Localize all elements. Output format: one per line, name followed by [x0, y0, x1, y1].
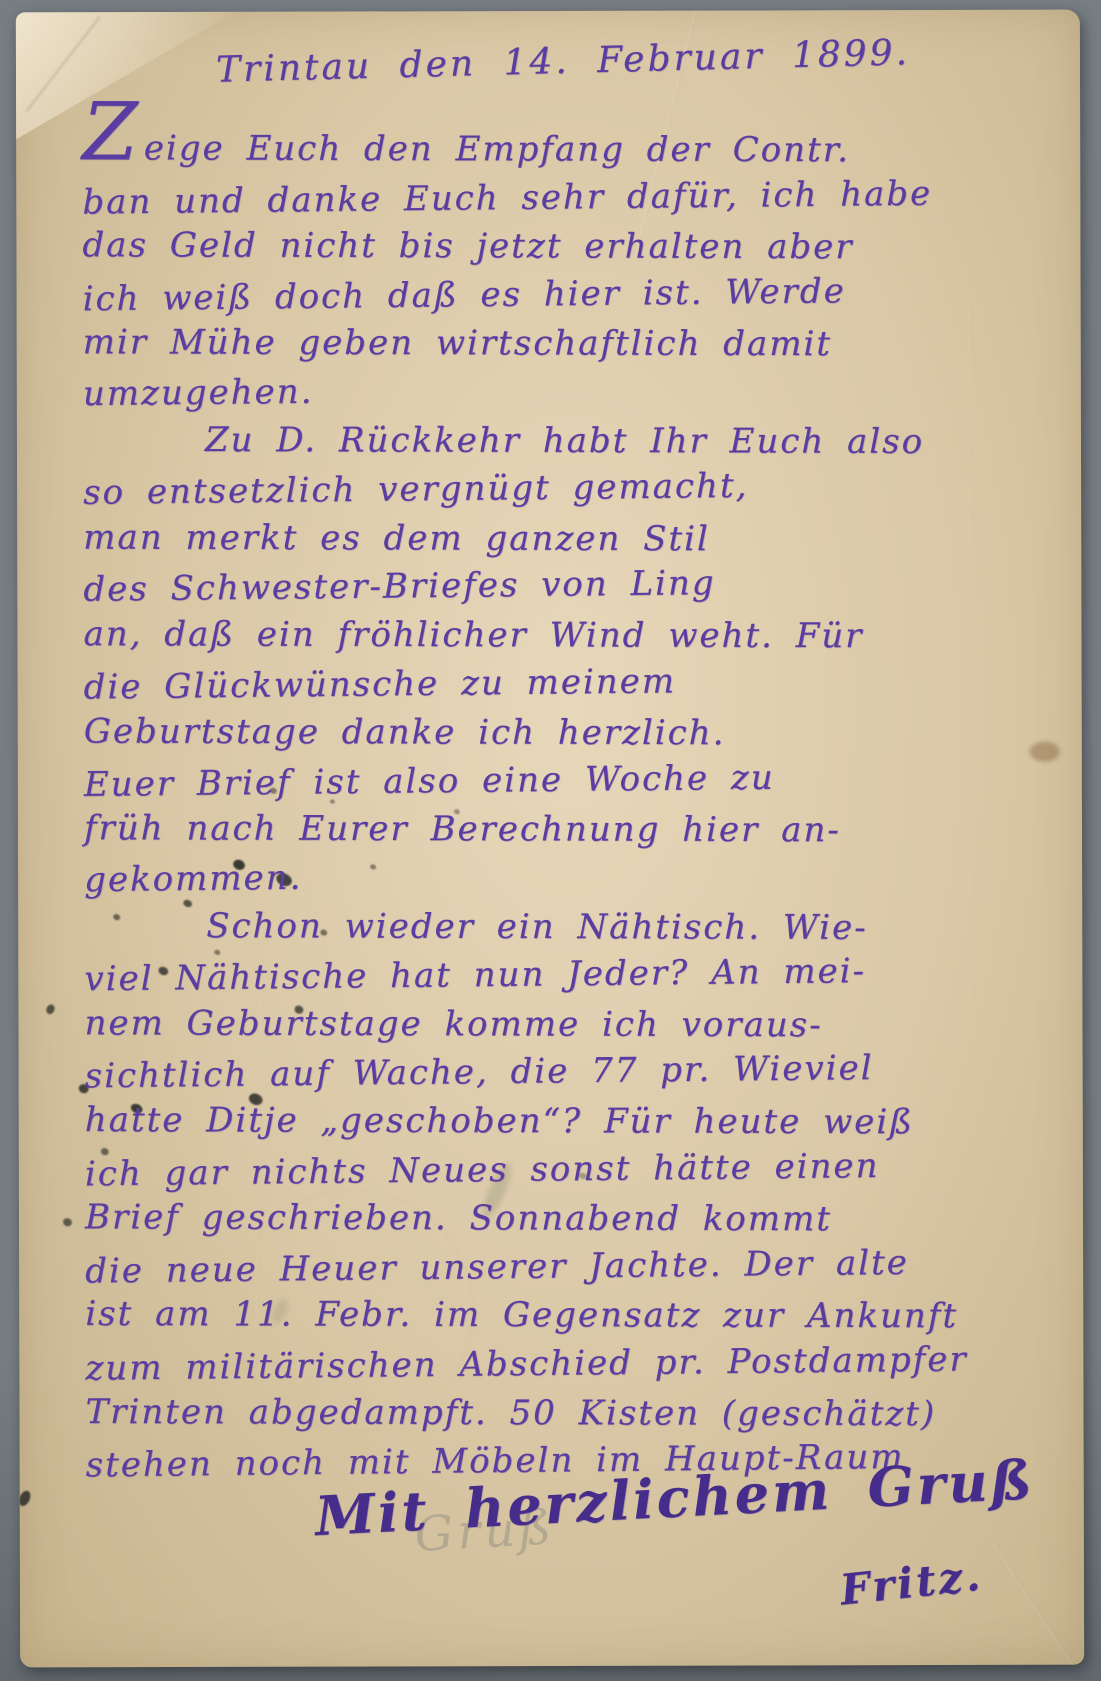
handwriting-line: umzugehen.: [83, 372, 314, 414]
ink-smudge: [62, 1217, 73, 1228]
scan-backdrop: Trintau den 14. Februar 1899. Zeige Euch…: [0, 0, 1101, 1681]
ink-smudge: [214, 949, 222, 956]
signature: Fritz.: [838, 1551, 985, 1615]
handwriting-line: ich weiß doch daß es hier ist. Werde: [82, 271, 846, 319]
handwriting-line: zum militärischen Abschied pr. Postdampf…: [85, 1339, 968, 1388]
handwriting-line: die Glückwünsche zu meinem: [83, 661, 676, 707]
handwriting-line: früh nach Eurer Berechnung hier an-: [84, 809, 841, 851]
paper-crease: [969, 300, 973, 1020]
ink-smudge: [17, 1489, 33, 1508]
handwriting-line: Schon wieder ein Nähtisch. Wie-: [206, 906, 868, 948]
handwriting-line: Brief geschrieben. Sonnabend kommt: [85, 1197, 832, 1239]
handwriting-line: nem Geburtstage komme ich voraus-: [84, 1003, 822, 1045]
handwriting-line: ist am 11. Febr. im Gegensatz zur Ankunf…: [85, 1294, 958, 1336]
handwriting-line: Euer Brief ist also eine Woche zu: [84, 757, 775, 804]
handwriting-line: des Schwester-Briefes von Ling: [83, 563, 716, 610]
handwriting-line: viel Nähtische hat nun Jeder? An mei-: [84, 951, 866, 999]
handwriting-line: an, daß ein fröhlicher Wind weht. Für: [83, 614, 863, 656]
handwriting-line: mir Mühe geben wirtschaftlich damit: [83, 323, 832, 365]
handwriting-line: hatte Ditje „geschoben“? Für heute weiß: [85, 1100, 914, 1142]
handwriting-line: sichtlich auf Wache, die 77 pr. Wieviel: [84, 1048, 873, 1096]
handwriting-line: das Geld nicht bis jetzt erhalten aber: [82, 225, 853, 267]
postcard: Trintau den 14. Februar 1899. Zeige Euch…: [16, 10, 1084, 1668]
handwriting-line: so entsetzlich vergnügt gemacht,: [83, 466, 749, 513]
handwriting-line: ich gar nichts Neues sonst hätte einen: [85, 1146, 880, 1194]
handwriting-line: Geburtstage danke ich herzlich.: [84, 712, 726, 754]
foxing-stain: [1030, 742, 1060, 762]
ink-smudge: [369, 863, 377, 870]
ink-smudge: [45, 1003, 56, 1015]
handwriting-line: Trinten abgedampft. 50 Kisten (geschätzt…: [85, 1392, 936, 1434]
handwriting-line: die neue Heuer unserer Jachte. Der alte: [85, 1243, 909, 1292]
paper-crease: [991, 1541, 1075, 1667]
handwriting-line: gekommen.: [84, 858, 303, 900]
handwriting-line: ban und danke Euch sehr dafür, ich habe: [82, 173, 932, 222]
ink-smudge: [182, 898, 193, 908]
dateline: Trintau den 14. Februar 1899.: [216, 32, 911, 91]
handwriting-line: man merkt es dem ganzen Stil: [83, 517, 710, 559]
handwriting-line: Zu D. Rückkehr habt Ihr Euch also: [205, 420, 924, 462]
ink-smudge: [112, 913, 121, 921]
handwriting-line: Zeige Euch den Empfang der Contr.: [82, 128, 850, 170]
